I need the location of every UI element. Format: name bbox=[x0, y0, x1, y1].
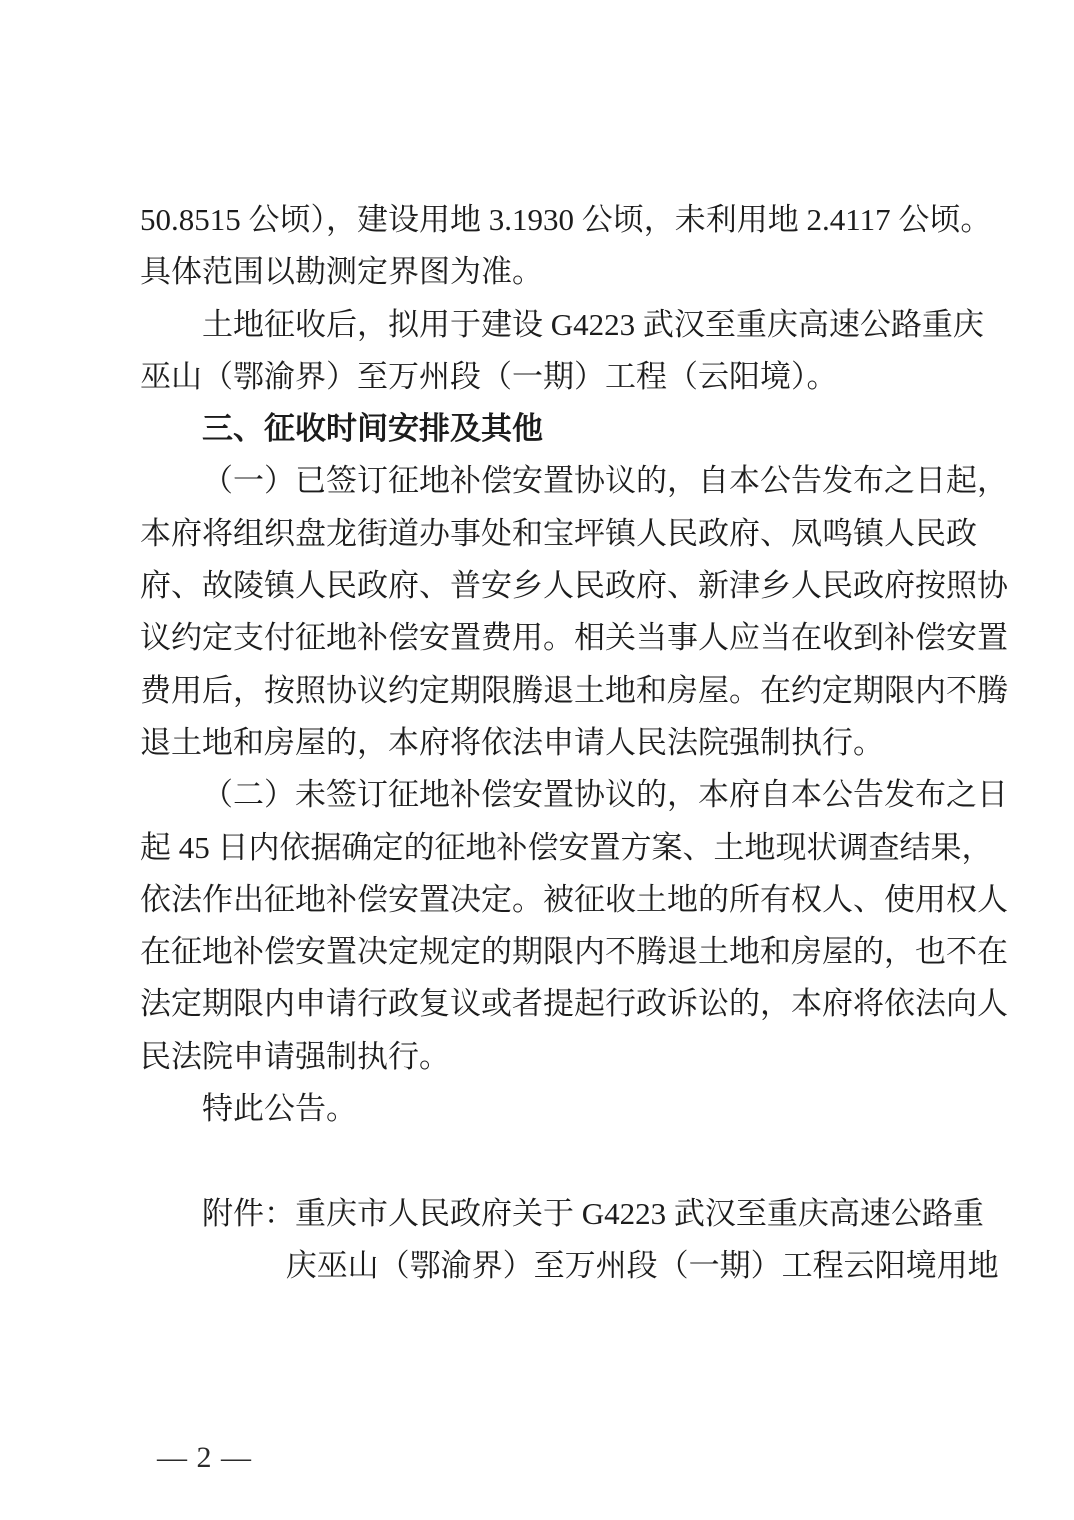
text-line: 民法院申请强制执行。 bbox=[140, 1031, 950, 1083]
text-line: 本府将组织盘龙街道办事处和宝坪镇人民政府、凤鸣镇人民政 bbox=[140, 508, 950, 560]
text-line: （二）未签订征地补偿安置协议的，本府自本公告发布之日 bbox=[140, 769, 950, 821]
text-line: 府、故陵镇人民政府、普安乡人民政府、新津乡人民政府按照协 bbox=[140, 560, 950, 612]
text-line: 法定期限内申请行政复议或者提起行政诉讼的，本府将依法向人 bbox=[140, 978, 950, 1030]
text-line: 依法作出征地补偿安置决定。被征收土地的所有权人、使用权人 bbox=[140, 874, 950, 926]
text-line: 巫山（鄂渝界）至万州段（一期）工程（云阳境）。 bbox=[140, 351, 950, 403]
text-line: 50.8515 公顷），建设用地 3.1930 公顷，未利用地 2.4117 公… bbox=[140, 194, 950, 246]
text-line: 附件：重庆市人民政府关于 G4223 武汉至重庆高速公路重 bbox=[140, 1188, 950, 1240]
text-line: 在征地补偿安置决定规定的期限内不腾退土地和房屋的，也不在 bbox=[140, 926, 950, 978]
document-page: 50.8515 公顷），建设用地 3.1930 公顷，未利用地 2.4117 公… bbox=[0, 0, 1074, 1520]
text-line: 庆巫山（鄂渝界）至万州段（一期）工程云阳境用地 bbox=[140, 1240, 950, 1292]
text-line: 特此公告。 bbox=[140, 1083, 950, 1135]
text-line: 议约定支付征地补偿安置费用。相关当事人应当在收到补偿安置 bbox=[140, 612, 950, 664]
page-number: — 2 — bbox=[157, 1441, 252, 1474]
section-heading: 三、征收时间安排及其他 bbox=[140, 403, 950, 455]
text-line: 退土地和房屋的，本府将依法申请人民法院强制执行。 bbox=[140, 717, 950, 769]
text-line: 土地征收后，拟用于建设 G4223 武汉至重庆高速公路重庆 bbox=[140, 299, 950, 351]
blank-line bbox=[140, 1135, 950, 1187]
page-footer: — 2 — bbox=[157, 1441, 252, 1475]
document-body: 50.8515 公顷），建设用地 3.1930 公顷，未利用地 2.4117 公… bbox=[140, 194, 950, 1292]
text-line: 具体范围以勘测定界图为准。 bbox=[140, 246, 950, 298]
text-line: （一）已签订征地补偿安置协议的，自本公告发布之日起， bbox=[140, 455, 950, 507]
text-line: 费用后，按照协议约定期限腾退土地和房屋。在约定期限内不腾 bbox=[140, 665, 950, 717]
text-line: 起 45 日内依据确定的征地补偿安置方案、土地现状调查结果， bbox=[140, 822, 950, 874]
